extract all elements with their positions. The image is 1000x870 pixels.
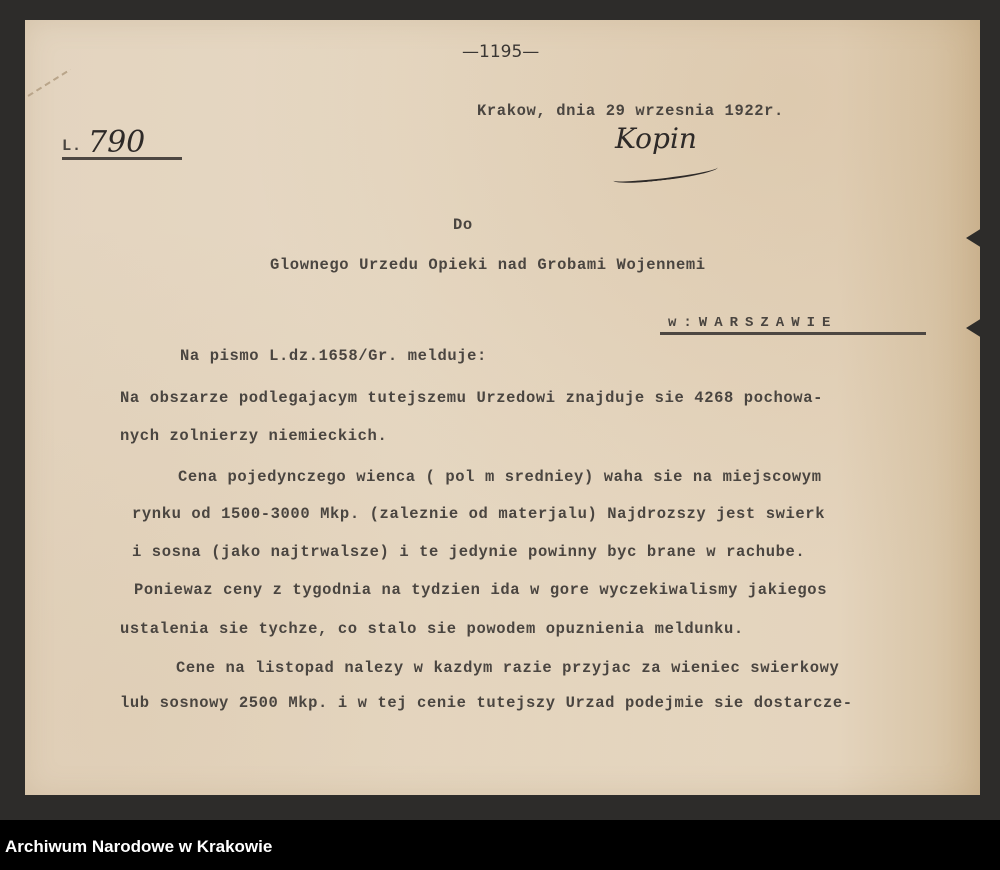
signature: Kopin — [615, 122, 697, 155]
reference-label: L. — [62, 137, 82, 155]
recipient-name: Glownego Urzedu Opieki nad Grobami Wojen… — [270, 256, 706, 274]
body-line: Na pismo L.dz.1658/Gr. melduje: — [180, 347, 487, 365]
body-line: ustalenia sie tychze, co stalo sie powod… — [120, 620, 744, 638]
body-line: rynku od 1500-3000 Mkp. (zaleznie od mat… — [132, 505, 825, 523]
body-line: Na obszarze podlegajacym tutejszemu Urze… — [120, 389, 823, 407]
scan-background: —1195— L. 790 Krakow, dnia 29 wrzesnia 1… — [0, 0, 1000, 820]
addressee-label: Do — [453, 216, 473, 234]
body-line: Poniewaz ceny z tygodnia na tydzien ida … — [134, 581, 827, 599]
paper-tear — [966, 318, 982, 338]
body-line: Cene na listopad nalezy w kazdym razie p… — [176, 659, 839, 677]
reference-number: 790 — [88, 125, 145, 160]
city-underline — [660, 332, 926, 335]
archive-page-number: —1195— — [462, 42, 539, 62]
archive-name: Archiwum Narodowe w Krakowie — [5, 837, 272, 857]
archive-footer: Archiwum Narodowe w Krakowie — [0, 820, 1000, 870]
body-line: lub sosnowy 2500 Mkp. i w tej cenie tute… — [120, 694, 853, 712]
document-page — [25, 20, 980, 795]
reference-underline — [62, 157, 182, 160]
body-line: nych zolnierzy niemieckich. — [120, 427, 387, 445]
recipient-city: w:WARSZAWIE — [668, 315, 837, 331]
body-line: Cena pojedynczego wienca ( pol m srednie… — [178, 468, 822, 486]
place-date: Krakow, dnia 29 wrzesnia 1922r. — [477, 102, 784, 120]
body-line: i sosna (jako najtrwalsze) i te jedynie … — [132, 543, 805, 561]
paper-tear — [966, 228, 982, 248]
